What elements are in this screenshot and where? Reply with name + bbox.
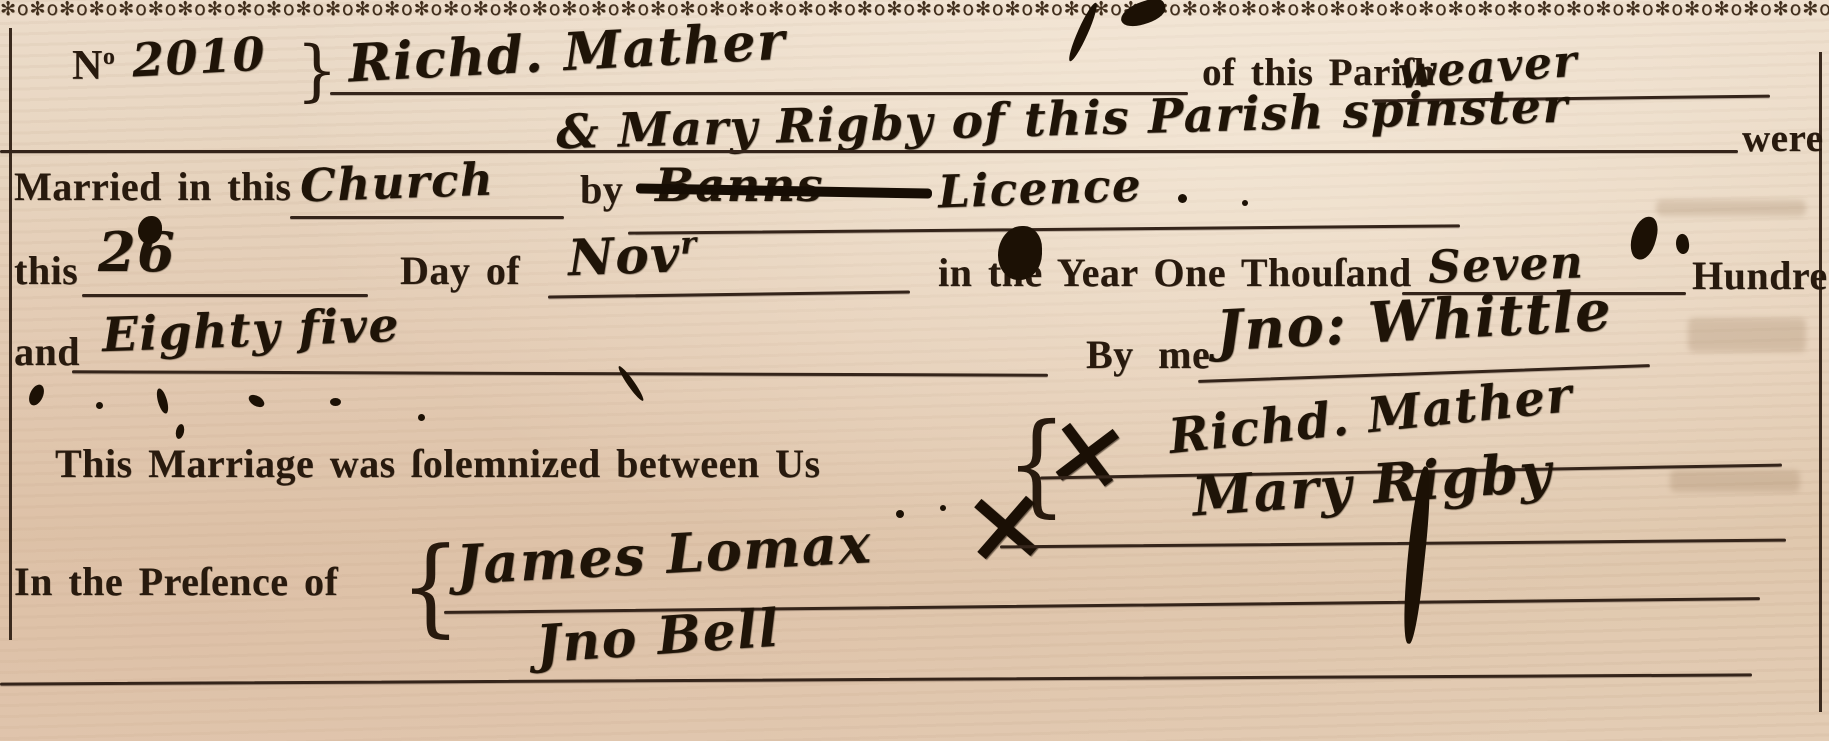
baseline-rule (0, 673, 1752, 685)
ink-spatter (1178, 194, 1187, 203)
ink-spatter (26, 382, 47, 407)
were-label: were (1742, 116, 1823, 161)
bride-mark: × (958, 459, 1054, 588)
bleedthrough-smudge (1688, 318, 1806, 352)
bleedthrough-smudge (1656, 200, 1806, 216)
day-of-label: Day of (400, 247, 520, 294)
bride-entry: & Mary Rigby of this Parish spinster (555, 79, 1569, 160)
and-label: and (14, 328, 80, 375)
ink-blot (998, 226, 1042, 280)
hundred-label: Hundred (1692, 252, 1829, 299)
place-entry: Church (299, 153, 495, 213)
left-frame-line (9, 28, 12, 640)
ink-spatter (155, 387, 171, 414)
licence-entry: Licence (937, 158, 1143, 218)
baseline-rule (1000, 539, 1786, 549)
ink-spatter (940, 505, 946, 511)
solemnized-label: This Marriage was ſolemnized between Us (55, 440, 821, 487)
by-label: by (580, 166, 623, 213)
entry-number-value: 2010 (131, 27, 268, 88)
ink-blot (138, 216, 162, 244)
month-entry: Novr (567, 224, 699, 287)
ink-spatter (1242, 200, 1248, 206)
this-label: this (14, 247, 78, 294)
witness-1-signature: James Lomax (455, 511, 874, 597)
ink-spatter (247, 392, 267, 409)
baseline-rule (82, 294, 368, 297)
ink-blot (1674, 233, 1690, 255)
baseline-rule (290, 216, 564, 219)
baseline-rule (0, 150, 1738, 153)
entry-bracket: } (296, 32, 338, 109)
ink-spatter (418, 414, 425, 421)
presence-of-label: In the Preſence of (14, 558, 338, 605)
month-text: Nov (567, 224, 682, 287)
marriage-register-page: ✻o✻o✻o✻o✻o✻o✻o✻o✻o✻o✻o✻o✻o✻o✻o✻o✻o✻o✻o✻o… (0, 0, 1829, 741)
ink-spatter (175, 423, 186, 439)
ink-spatter (330, 398, 341, 406)
baseline-rule (72, 370, 1048, 376)
year-tens-entry: Eighty five (101, 298, 401, 363)
ink-spatter (616, 364, 646, 402)
ink-spatter (96, 402, 103, 409)
married-in-this-label: Married in this (14, 163, 291, 210)
bleedthrough-smudge (1670, 470, 1800, 492)
baseline-rule (1198, 364, 1650, 383)
by-me-label: By me (1086, 331, 1210, 378)
entry-number-n: N (72, 43, 103, 89)
baseline-rule (548, 290, 910, 298)
month-sup: r (680, 226, 699, 262)
entry-number-label: No (72, 42, 115, 90)
ink-spatter (896, 510, 904, 518)
ornamental-border: ✻o✻o✻o✻o✻o✻o✻o✻o✻o✻o✻o✻o✻o✻o✻o✻o✻o✻o✻o✻o… (0, 0, 1829, 24)
baseline-rule (628, 224, 1460, 234)
ink-blot (1627, 214, 1661, 262)
groom-mark: × (1038, 387, 1137, 516)
witnesses-brace: { (400, 524, 461, 647)
entry-number-sup: o (103, 44, 116, 70)
